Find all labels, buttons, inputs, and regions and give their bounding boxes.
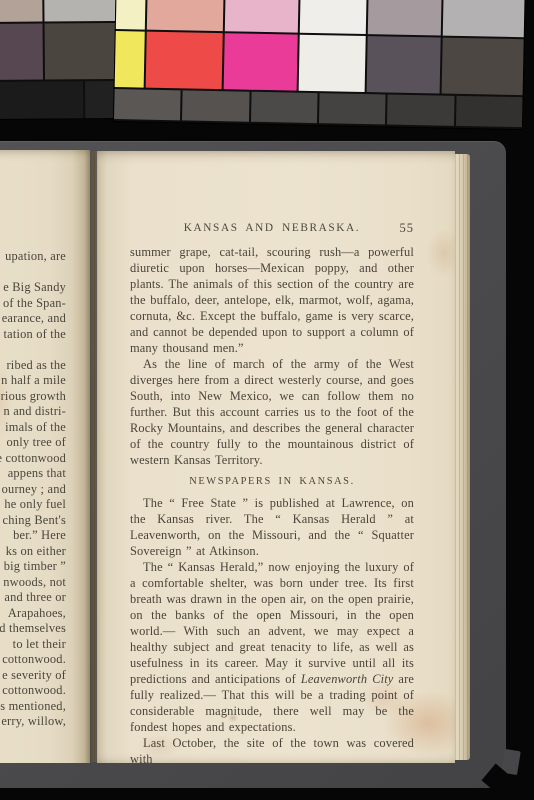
book-gutter-shadow (90, 151, 98, 762)
left-page-line: rious growth (0, 389, 66, 405)
color-calibration-card-right (113, 0, 526, 130)
paragraph: The “ Free State ” is published at Lawre… (130, 495, 414, 559)
left-page-line: imals of the (0, 420, 66, 436)
left-page-line: big timber ” (0, 559, 66, 575)
running-head: KANSAS AND NEBRASKA. (130, 222, 414, 234)
color-patch (300, 0, 367, 34)
left-page-fragment: upation, are e Big Sandyof the Span-eara… (0, 150, 90, 763)
paragraph: summer grape, cat-tail, scouring rush—a … (130, 244, 414, 356)
color-patch (251, 92, 318, 123)
color-patch (367, 36, 441, 93)
paragraph: As the line of march of the army of the … (130, 356, 414, 468)
left-page-text: upation, are e Big Sandyof the Span-eara… (0, 249, 66, 730)
color-patch (116, 0, 146, 30)
page-number: 55 (400, 221, 415, 236)
calibration-row (115, 31, 524, 95)
text-run: summer grape, cat-tail, scouring rush—a … (130, 245, 414, 355)
left-page-line: of the Span- (0, 296, 66, 312)
color-patch (115, 31, 145, 88)
color-patch (224, 33, 298, 90)
color-patch (0, 0, 43, 22)
left-page-line: d themselves (0, 621, 66, 637)
text-run: The “ Kansas Herald,” now enjoying the l… (130, 560, 414, 686)
text-run: As the line of march of the army of the … (130, 357, 414, 467)
left-page-line: Arapahoes, (0, 606, 66, 622)
left-page-line: ber.” Here (0, 528, 66, 544)
left-page-line: cottonwood. (0, 683, 66, 699)
color-patch (0, 81, 83, 119)
text-run: Last October, the site of the town was c… (130, 736, 414, 766)
left-page-line: appens that (0, 466, 66, 482)
left-page-line: earance, and (0, 311, 66, 327)
left-page-line: ching Bent's (0, 513, 66, 529)
color-patch (443, 0, 525, 37)
calibration-row (114, 89, 523, 127)
color-patch (225, 0, 299, 33)
page-stack-edges (455, 154, 470, 760)
color-patch (442, 38, 524, 96)
italic-text: Leavenworth City (301, 672, 394, 686)
color-patch (456, 96, 523, 127)
color-patch (319, 93, 386, 124)
book-scan-scene: upation, are e Big Sandyof the Span-eara… (0, 0, 534, 800)
right-page: KANSAS AND NEBRASKA. 55 summer grape, ca… (97, 151, 455, 763)
color-patch (0, 24, 43, 80)
left-page-line (0, 342, 66, 358)
left-page-line: to let their (0, 637, 66, 653)
color-patch (146, 32, 223, 90)
left-page-line: and three or (0, 590, 66, 606)
color-patch (147, 0, 224, 31)
color-patch (387, 94, 454, 125)
left-page-line: cottonwood. (0, 652, 66, 668)
color-patch (368, 0, 442, 36)
left-page-line (0, 265, 66, 281)
color-patch (182, 90, 249, 121)
page-text-body: summer grape, cat-tail, scouring rush—a … (130, 244, 414, 767)
page-header: KANSAS AND NEBRASKA. 55 (130, 222, 414, 238)
text-run: The “ Free State ” is published at Lawre… (130, 496, 414, 558)
left-page-line: e cottonwood (0, 451, 66, 467)
left-page-line: ribed as the (0, 358, 66, 374)
left-page-line: only tree of (0, 435, 66, 451)
left-page-line: n half a mile (0, 373, 66, 389)
section-heading: NEWSPAPERS IN KANSAS. (130, 474, 414, 490)
left-page-line: s mentioned, (0, 699, 66, 715)
left-page-line: e severity of (0, 668, 66, 684)
paragraph: Last October, the site of the town was c… (130, 735, 414, 767)
paragraph: The “ Kansas Herald,” now enjoying the l… (130, 559, 414, 735)
left-page-line: erry, willow, (0, 714, 66, 730)
left-page-line: e Big Sandy (0, 280, 66, 296)
left-page-line: ks on either (0, 544, 66, 560)
left-page-line: he only fuel (0, 497, 66, 513)
color-patch (114, 89, 181, 120)
left-page-line: nwoods, not (0, 575, 66, 591)
left-page-line: n and distri- (0, 404, 66, 420)
left-page-line: upation, are (0, 249, 66, 265)
left-page-line: tation of the (0, 327, 66, 343)
color-patch (299, 35, 366, 92)
left-page-line: ourney ; and (0, 482, 66, 498)
